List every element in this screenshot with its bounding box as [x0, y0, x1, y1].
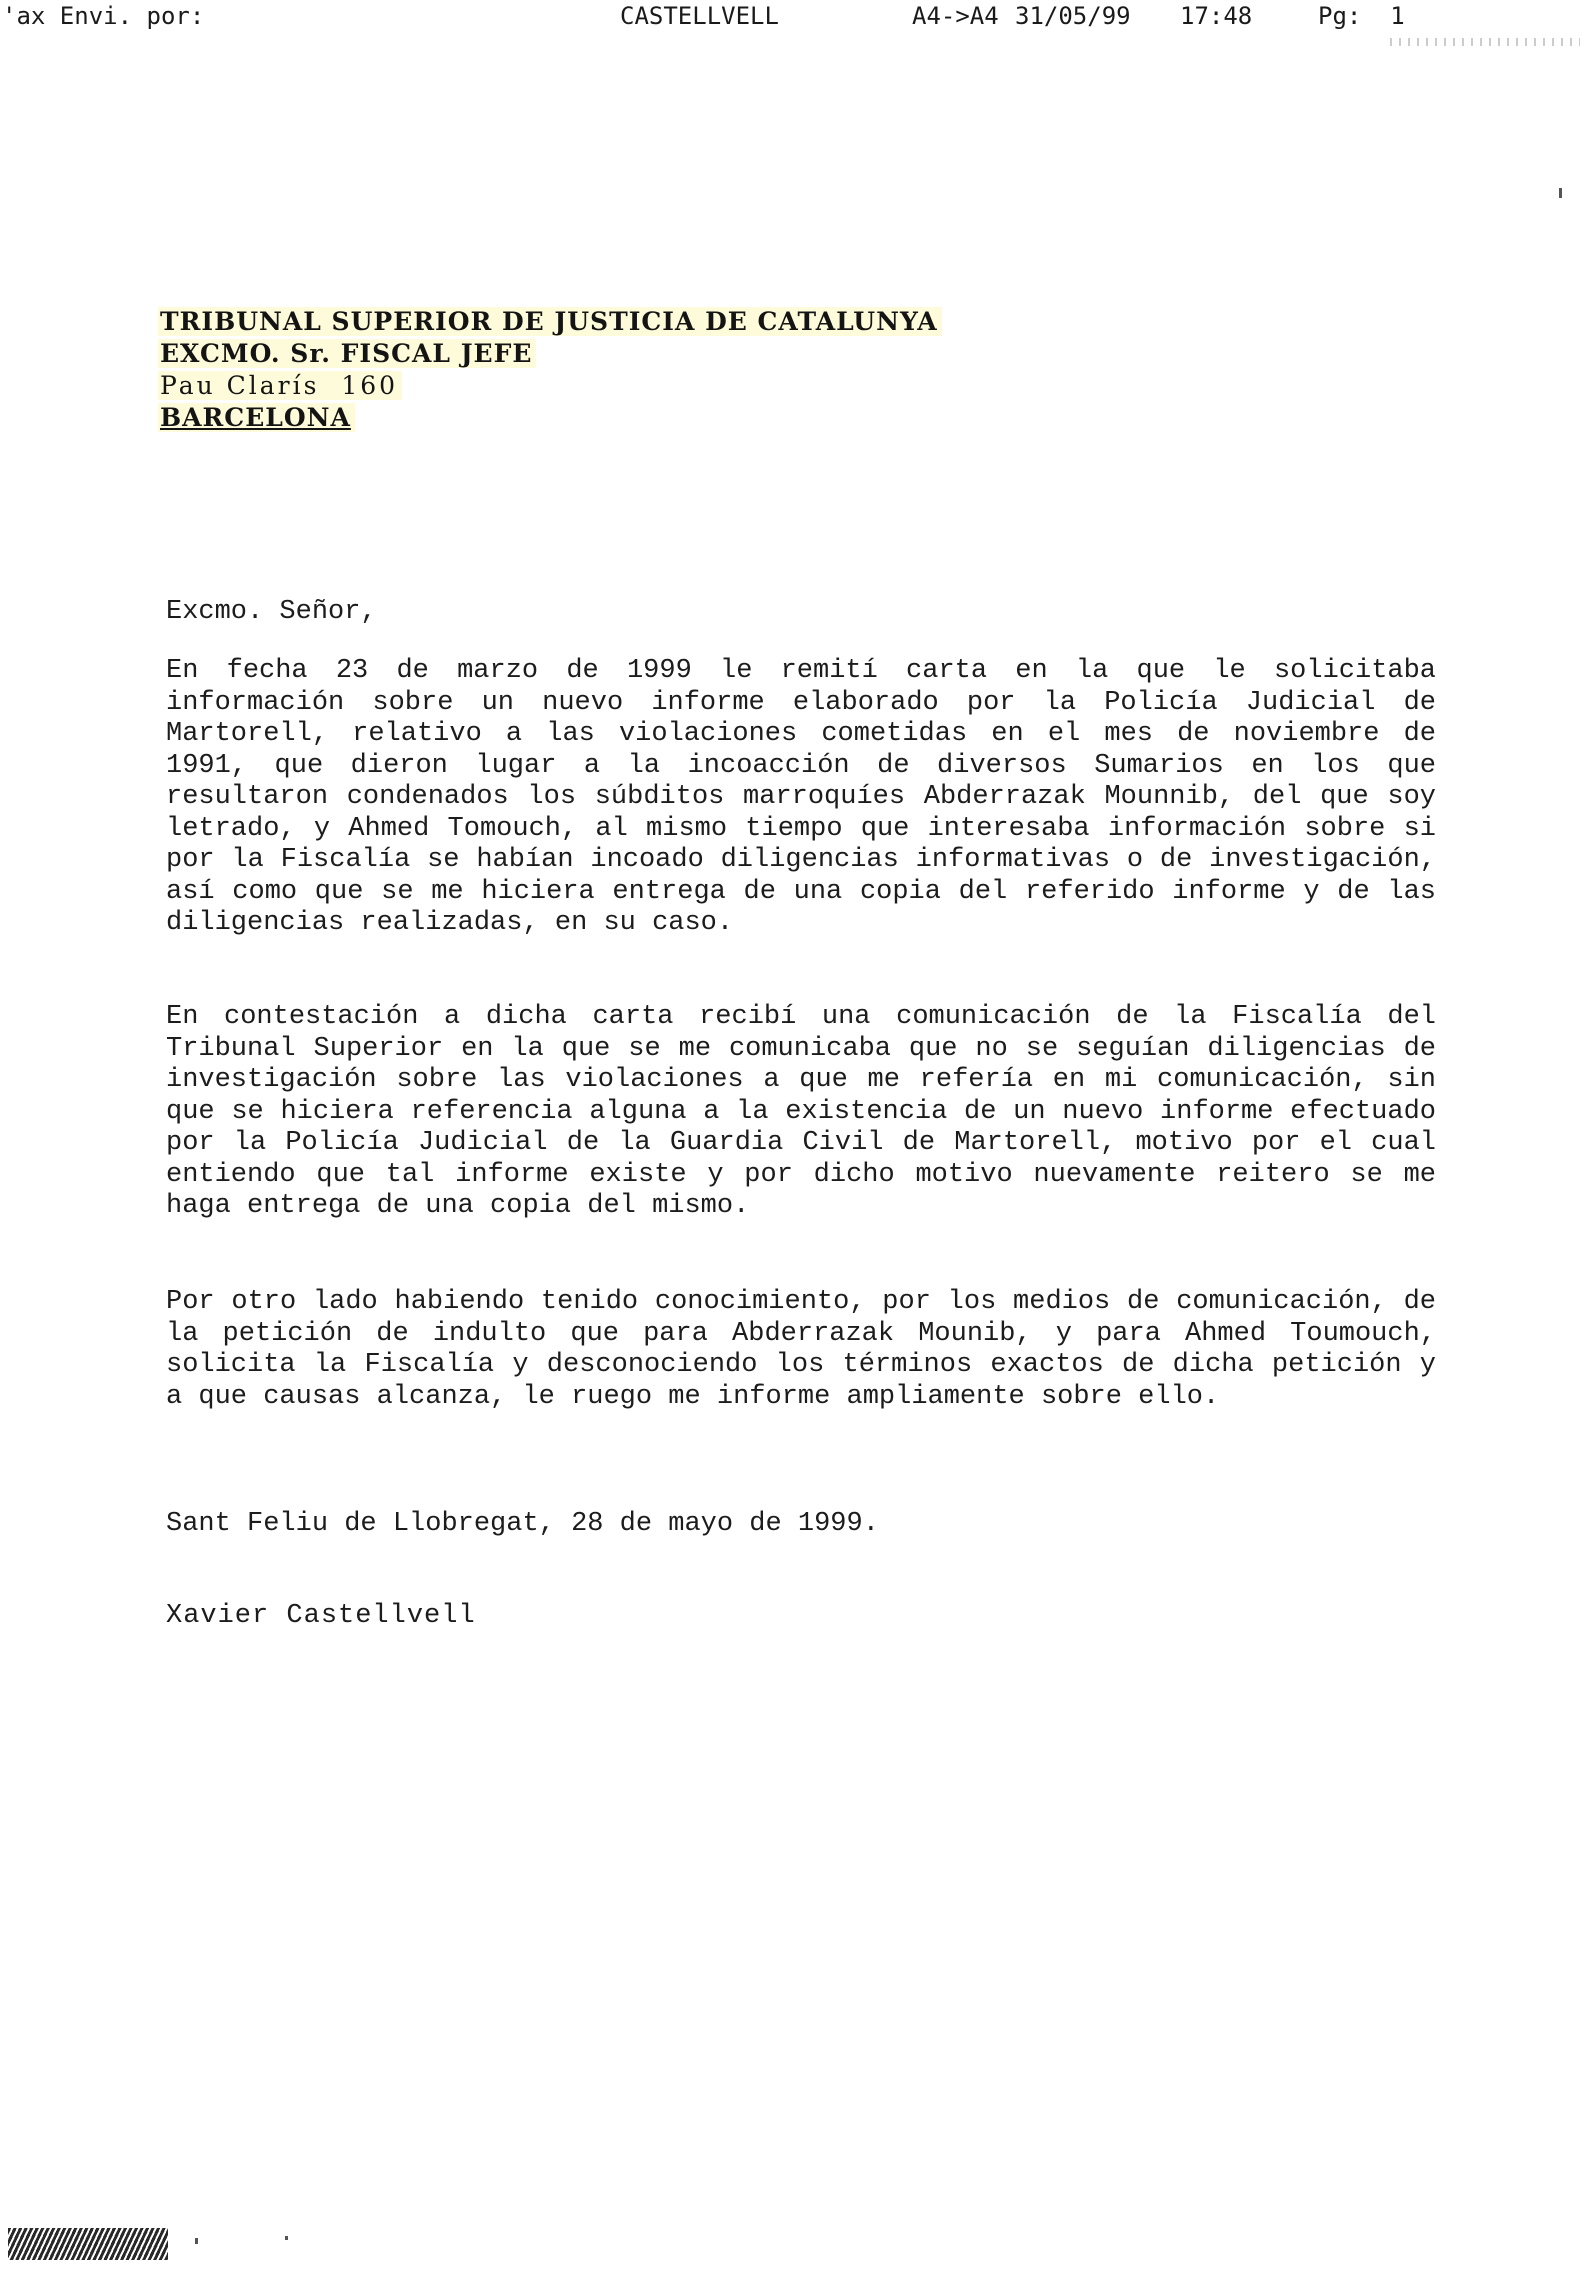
scan-speck — [195, 2238, 198, 2244]
letter-salutation: Excmo. Señor, — [166, 597, 1436, 629]
letter-signature: Xavier Castellvell — [166, 1601, 1436, 1633]
fax-sender-name: CASTELLVELL — [620, 2, 779, 30]
scanner-artifact — [8, 2228, 168, 2260]
fax-paper-route: A4->A4 — [912, 2, 999, 30]
recipient-address-block: TRIBUNAL SUPERIOR DE JUSTICIA DE CATALUN… — [158, 306, 942, 434]
fax-date: 31/05/99 — [1015, 2, 1131, 30]
letter-paragraph-1: En fecha 23 de marzo de 1999 le remití c… — [166, 656, 1436, 940]
address-city: BARCELONA — [158, 403, 355, 432]
letter-paragraph-2: En contestación a dicha carta recibí una… — [166, 1002, 1436, 1223]
address-street: Pau Clarís 160 — [158, 371, 402, 400]
address-recipient: EXCMO. Sr. FISCAL JEFE — [158, 339, 536, 368]
address-institution: TRIBUNAL SUPERIOR DE JUSTICIA DE CATALUN… — [158, 307, 942, 336]
scan-speck — [285, 2236, 288, 2240]
scan-speck — [1559, 188, 1562, 198]
fax-page-number: Pg: 1 — [1318, 2, 1405, 30]
fax-sender-label: 'ax Envi. por: — [2, 2, 204, 30]
letter-place-date: Sant Feliu de Llobregat, 28 de mayo de 1… — [166, 1509, 1436, 1541]
fax-page-value: 1 — [1390, 2, 1404, 30]
fax-time: 17:48 — [1180, 2, 1252, 30]
fax-page-label: Pg: — [1318, 2, 1361, 30]
scan-noise — [1390, 38, 1580, 46]
fax-transmission-header: 'ax Envi. por: CASTELLVELL A4->A4 31/05/… — [0, 0, 1591, 40]
letter-paragraph-3: Por otro lado habiendo tenido conocimien… — [166, 1287, 1436, 1413]
